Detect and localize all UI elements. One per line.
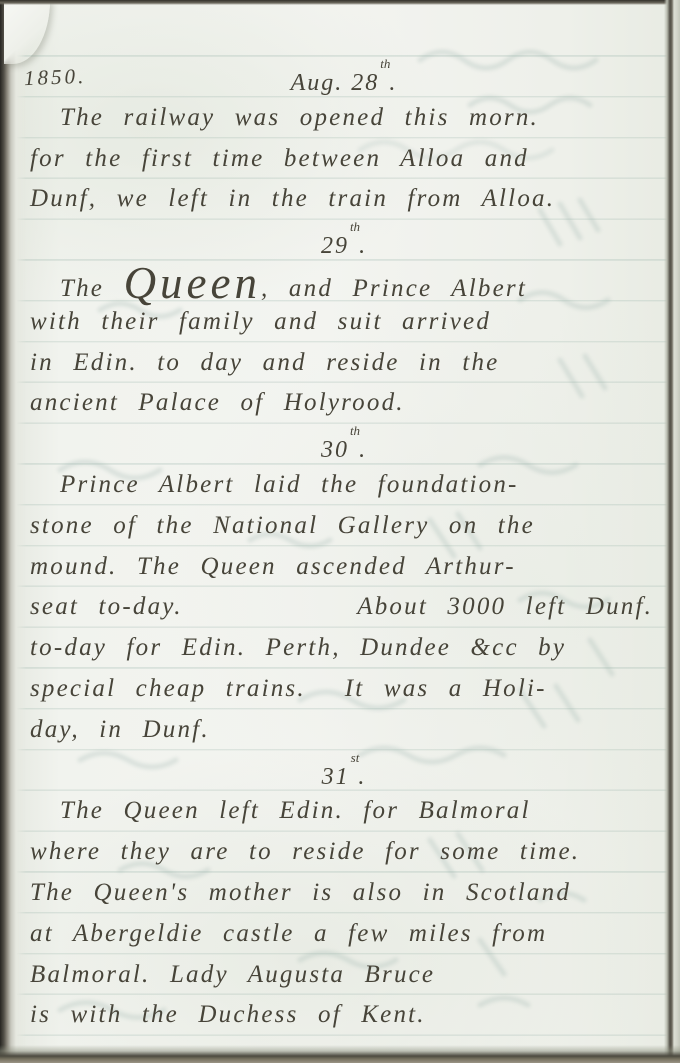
handwriting-line: The Queen's mother is also in Scotland [30, 873, 658, 914]
handwriting-line: is with the Duchess of Kent. [30, 995, 658, 1036]
queen-flourish-word: Queen [124, 258, 261, 308]
handwriting-line: to-day for Edin. Perth, Dundee &cc by [30, 628, 658, 669]
handwriting-line: day, in Dunf. [30, 710, 658, 751]
handwriting-line: in Edin. to day and reside in the [30, 343, 658, 384]
entry-date-31: 31st. [30, 751, 658, 798]
handwriting-line: Dunf, we left in the train from Alloa. [30, 179, 658, 220]
entry-date-aug28: Aug. 28th. [30, 57, 658, 104]
handwriting-line: The Queen, and Prince Albert [30, 261, 658, 302]
handwriting-line: special cheap trains. It was a Holi- [30, 669, 658, 710]
handwriting-line: Prince Albert laid the foundation- [30, 465, 658, 506]
page-edge-top [0, 0, 680, 5]
handwriting-line: The railway was opened this morn. [30, 98, 658, 139]
entry-heading-aug28: 1850. Aug. 28th. [30, 57, 658, 98]
date-ordinal-suffix: st [351, 750, 360, 765]
date-ordinal-suffix: th [350, 219, 360, 234]
entry-heading-29: 29th. [30, 220, 658, 261]
handwriting-line: ancient Palace of Holyrood. [30, 383, 658, 424]
date-ordinal-suffix: th [380, 56, 390, 71]
date-ordinal-suffix: th [350, 423, 360, 438]
entry-heading-31: 31st. [30, 751, 658, 792]
page-edge-right [664, 0, 680, 1063]
handwriting-line: stone of the National Gallery on the [30, 506, 658, 547]
handwriting-line: seat to-day. About 3000 left Dunf. [30, 587, 658, 628]
page-edge-bottom [0, 1045, 680, 1063]
year-label: 1850. [23, 56, 87, 99]
handwriting-line: for the first time between Alloa and [30, 139, 658, 180]
entry-date-30: 30th. [30, 424, 658, 471]
handwriting-line: mound. The Queen ascended Arthur- [30, 547, 658, 588]
diary-text: 1850. Aug. 28th. The railway was opened … [30, 0, 658, 1036]
handwriting-line: at Abergeldie castle a few miles from [30, 914, 658, 955]
page-binding-left [0, 0, 26, 1063]
entry-heading-30: 30th. [30, 424, 658, 465]
diary-page: 1850. Aug. 28th. The railway was opened … [0, 0, 680, 1063]
handwriting-line: where they are to reside for some time. [30, 832, 658, 873]
handwriting-line: The Queen left Edin. for Balmoral [30, 791, 658, 832]
handwriting-line: Balmoral. Lady Augusta Bruce [30, 955, 658, 996]
